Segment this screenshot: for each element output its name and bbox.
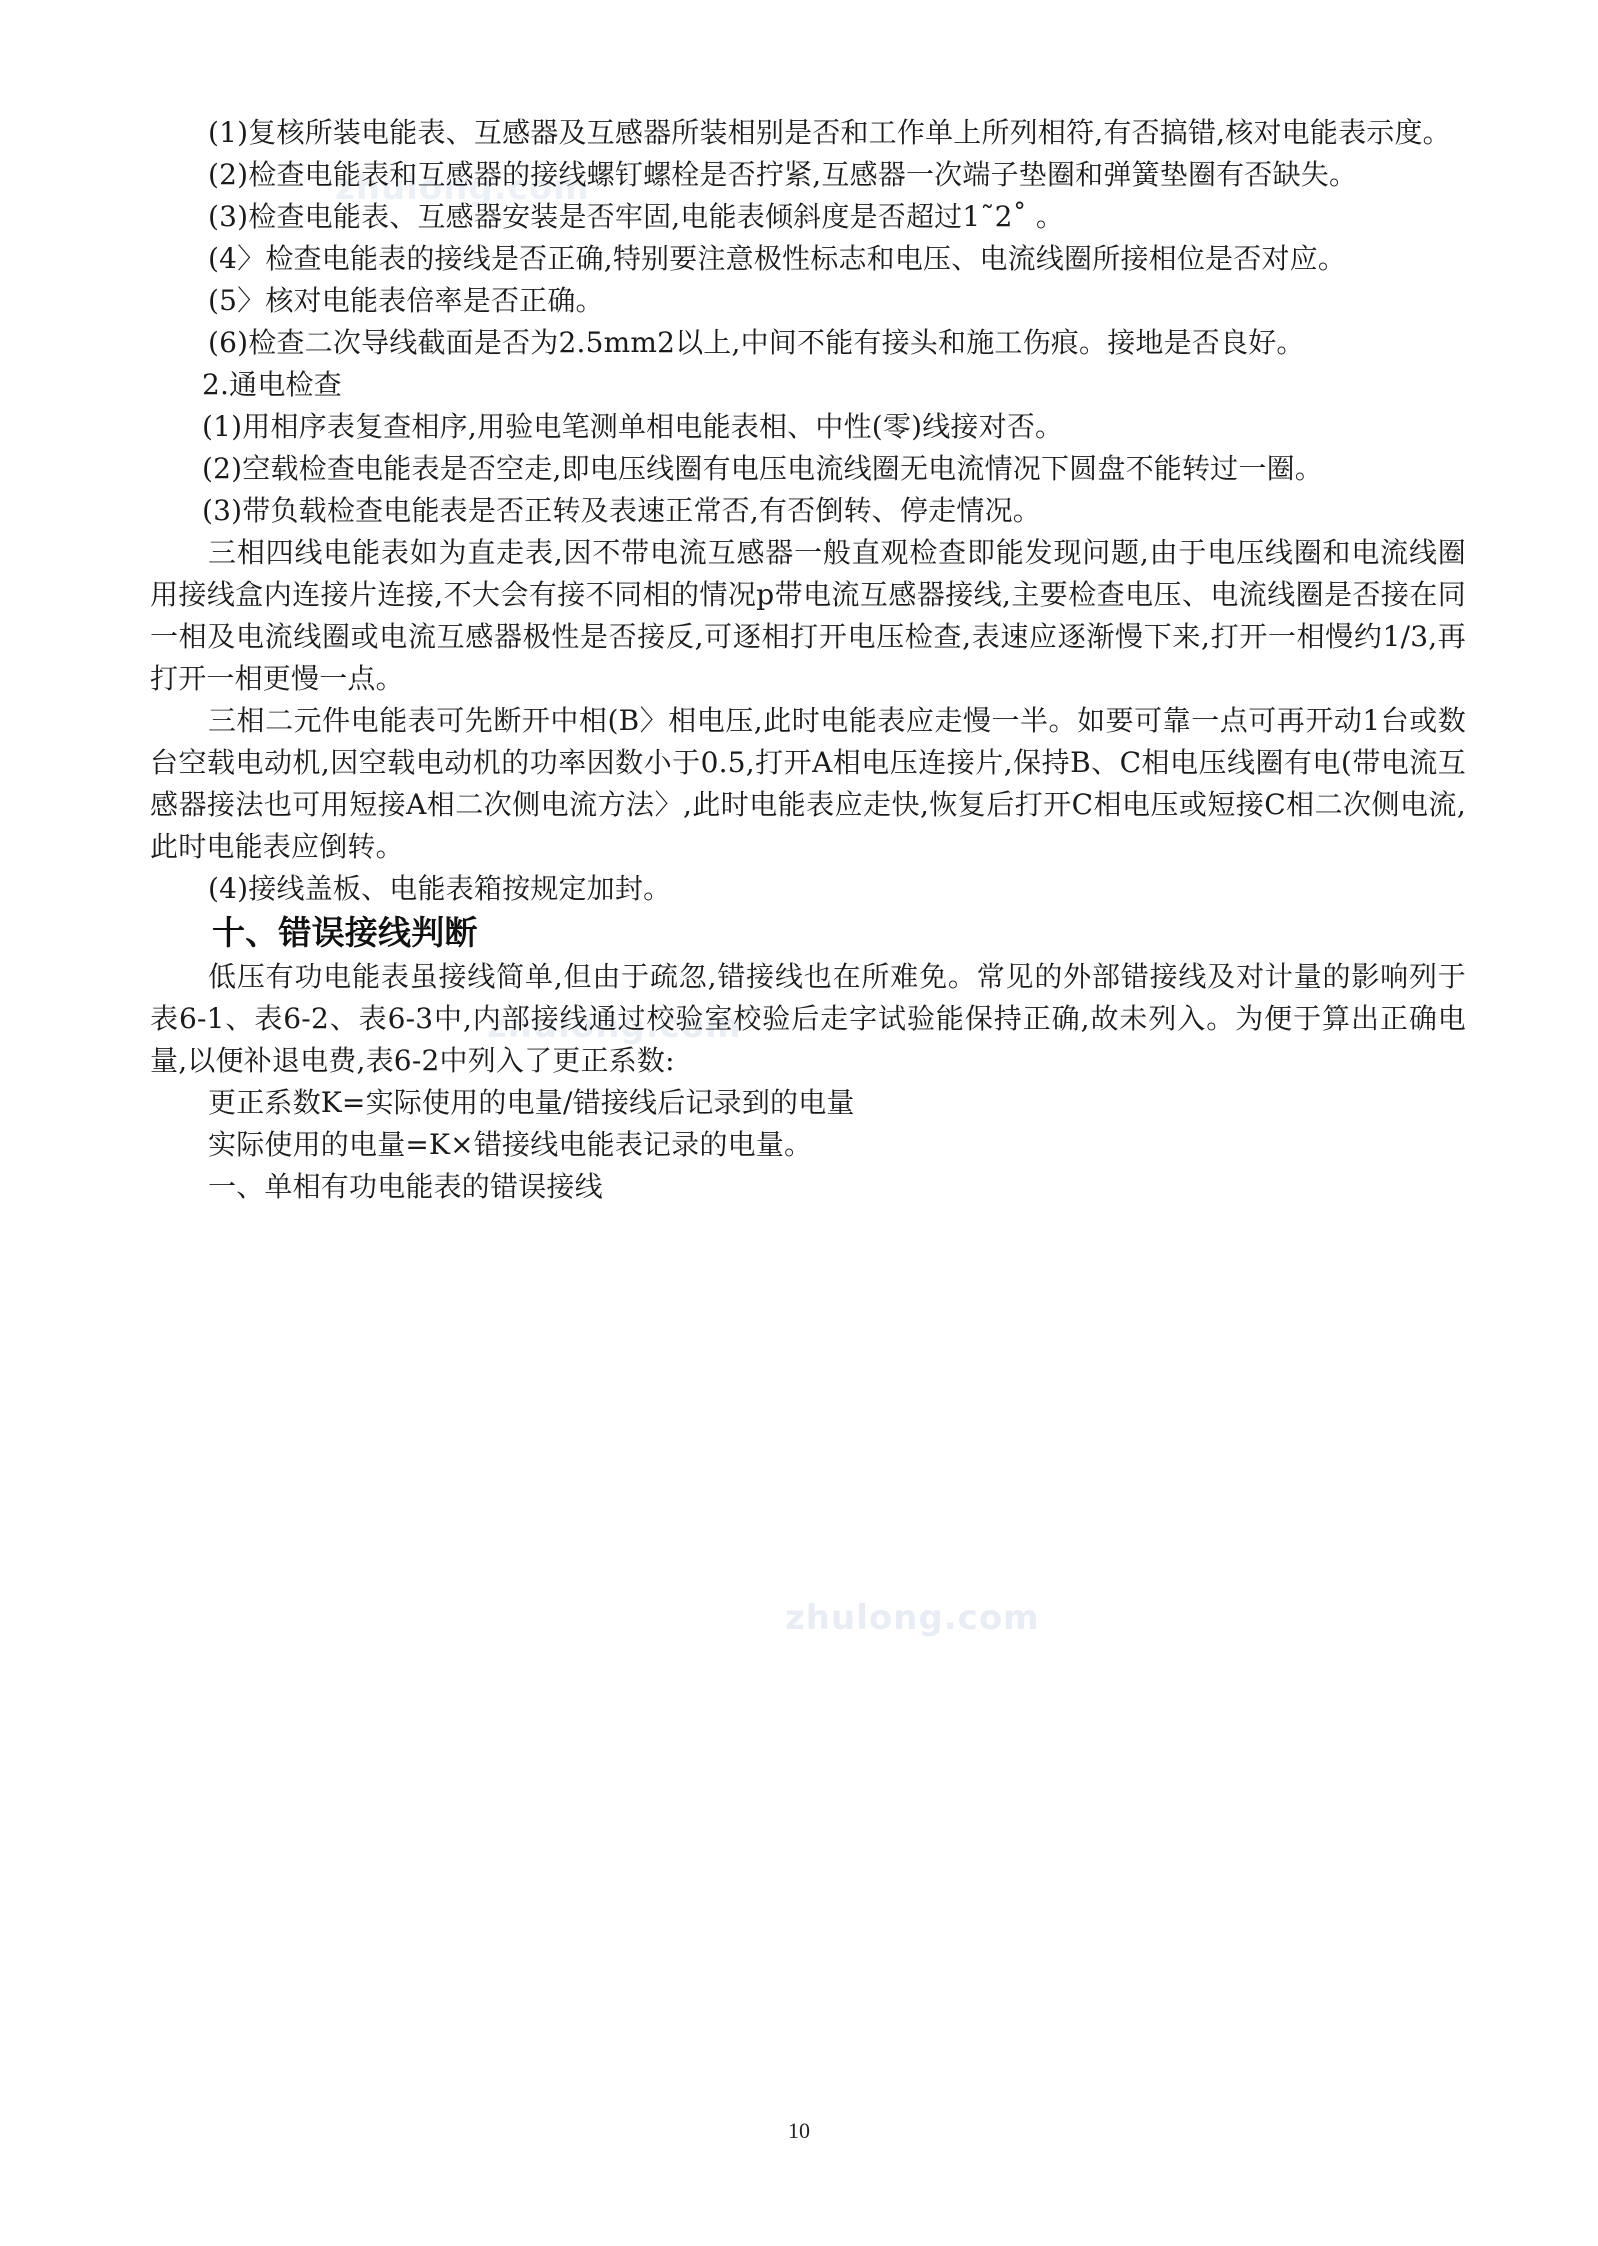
document-page: zhulong.com zhulong.com zhulong.com (1)复… bbox=[0, 0, 1598, 2246]
section-heading: 十、错误接线判断 bbox=[150, 910, 1466, 956]
paragraph-item-3: (3)检查电能表、互感器安装是否牢固,电能表倾斜度是否超过1˜2˚ 。 bbox=[150, 196, 1466, 238]
page-number: 10 bbox=[0, 2118, 1598, 2144]
paragraph-three-phase-four-wire: 三相四线电能表如为直走表,因不带电流互感器一般直观检查即能发现问题,由于电压线圈… bbox=[150, 532, 1466, 700]
subsection-title-single-phase: 一、单相有功电能表的错误接线 bbox=[150, 1166, 1466, 1208]
paragraph-item-4: (4〉检查电能表的接线是否正确,特别要注意极性标志和电压、电流线圈所接相位是否对… bbox=[150, 238, 1466, 280]
formula-actual-consumption: 实际使用的电量=K×错接线电能表记录的电量。 bbox=[150, 1124, 1466, 1166]
paragraph-item-5: (5〉核对电能表倍率是否正确。 bbox=[150, 280, 1466, 322]
formula-correction-coefficient: 更正系数K=实际使用的电量/错接线后记录到的电量 bbox=[150, 1082, 1466, 1124]
paragraph-item-6: (6)检查二次导线截面是否为2.5mm2以上,中间不能有接头和施工伤痕。接地是否… bbox=[150, 322, 1466, 364]
paragraph-item-1: (1)复核所装电能表、互感器及互感器所装相别是否和工作单上所列相符,有否搞错,核… bbox=[150, 112, 1466, 154]
watermark: zhulong.com bbox=[785, 1598, 1040, 1638]
document-body: (1)复核所装电能表、互感器及互感器所装相别是否和工作单上所列相符,有否搞错,核… bbox=[150, 112, 1466, 1208]
paragraph-power-check-1: (1)用相序表复查相序,用验电笔测单相电能表相、中性(零)线接对否。 bbox=[150, 406, 1466, 448]
paragraph-wrong-wiring-intro: 低压有功电能表虽接线简单,但由于疏忽,错接线也在所难免。常见的外部错接线及对计量… bbox=[150, 956, 1466, 1082]
paragraph-power-check-3: (3)带负载检查电能表是否正转及表速正常否,有否倒转、停走情况。 bbox=[150, 490, 1466, 532]
paragraph-power-check-2: (2)空载检查电能表是否空走,即电压线圈有电压电流线圈无电流情况下圆盘不能转过一… bbox=[150, 448, 1466, 490]
paragraph-item-2: (2)检查电能表和互感器的接线螺钉螺栓是否拧紧,互感器一次端子垫圈和弹簧垫圈有否… bbox=[150, 154, 1466, 196]
subsection-title-power-check: 2.通电检查 bbox=[150, 364, 1466, 406]
paragraph-three-phase-two-element: 三相二元件电能表可先断开中相(B〉相电压,此时电能表应走慢一半。如要可靠一点可再… bbox=[150, 700, 1466, 868]
paragraph-item-seal: (4)接线盖板、电能表箱按规定加封。 bbox=[150, 868, 1466, 910]
